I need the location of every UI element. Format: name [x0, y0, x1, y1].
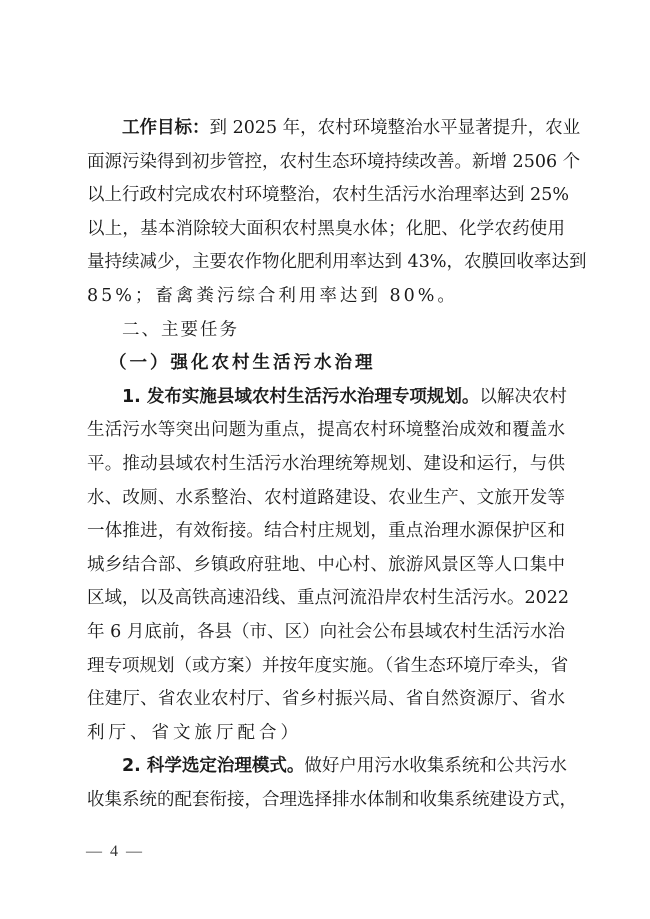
- item2-lead: 2. 科学选定治理模式。: [122, 756, 304, 776]
- goal-line-6: 85%；畜禽粪污综合利用率达到 80%。: [87, 280, 565, 314]
- document-page: 工作目标：到 2025 年，农村环境整治水平显著提升，农业 面源污染得到初步管控…: [87, 112, 565, 817]
- item1-line-1: 1. 发布实施县域农村生活污水治理专项规划。以解决农村: [87, 381, 565, 415]
- item1-line-3: 平。推动县域农村生活污水治理统筹规划、建设和运行，与供: [87, 448, 565, 482]
- goal-line-3: 以上行政村完成农村环境整治，农村生活污水治理率达到 25%: [87, 179, 565, 213]
- item1-line-11: 利厅、省文旅厅配合）: [87, 717, 565, 751]
- item1-line-7: 区域，以及高铁高速沿线、重点河流沿岸农村生活污水。2022: [87, 582, 565, 616]
- item1-text: 以解决农村: [479, 387, 567, 407]
- subsection-heading: （一）强化农村生活污水治理: [87, 347, 565, 381]
- item1-line-2: 生活污水等突出问题为重点，提高农村环境整治成效和覆盖水: [87, 414, 565, 448]
- item2-line-2: 收集系统的配套衔接，合理选择排水体制和收集系统建设方式，: [87, 784, 565, 818]
- item1-line-6: 城乡结合部、乡镇政府驻地、中心村、旅游风景区等人口集中: [87, 549, 565, 583]
- goal-line-5: 量持续减少，主要农作物化肥利用率达到 43%，农膜回收率达到: [87, 246, 565, 280]
- item1-lead: 1. 发布实施县域农村生活污水治理专项规划。: [122, 387, 479, 407]
- goal-line-1: 工作目标：到 2025 年，农村环境整治水平显著提升，农业: [87, 112, 565, 146]
- goal-text: 到 2025 年，农村环境整治水平显著提升，农业: [210, 118, 581, 138]
- section-heading: 二、主要任务: [87, 314, 565, 348]
- goal-line-2: 面源污染得到初步管控，农村生态环境持续改善。新增 2506 个: [87, 146, 565, 180]
- goal-lead: 工作目标：: [122, 118, 210, 138]
- item2-text: 做好户用污水收集系统和公共污水: [304, 756, 567, 776]
- goal-line-4: 以上，基本消除较大面积农村黑臭水体；化肥、化学农药使用: [87, 213, 565, 247]
- item1-line-9: 理专项规划（或方案）并按年度实施。（省生态环境厅牵头，省: [87, 650, 565, 684]
- page-number: — 4 —: [86, 843, 144, 861]
- item1-line-4: 水、改厕、水系整治、农村道路建设、农业生产、文旅开发等: [87, 482, 565, 516]
- item1-line-8: 年 6 月底前，各县（市、区）向社会公布县域农村生活污水治: [87, 616, 565, 650]
- item2-line-1: 2. 科学选定治理模式。做好户用污水收集系统和公共污水: [87, 750, 565, 784]
- item1-line-5: 一体推进，有效衔接。结合村庄规划，重点治理水源保护区和: [87, 515, 565, 549]
- item1-line-10: 住建厅、省农业农村厅、省乡村振兴局、省自然资源厅、省水: [87, 683, 565, 717]
